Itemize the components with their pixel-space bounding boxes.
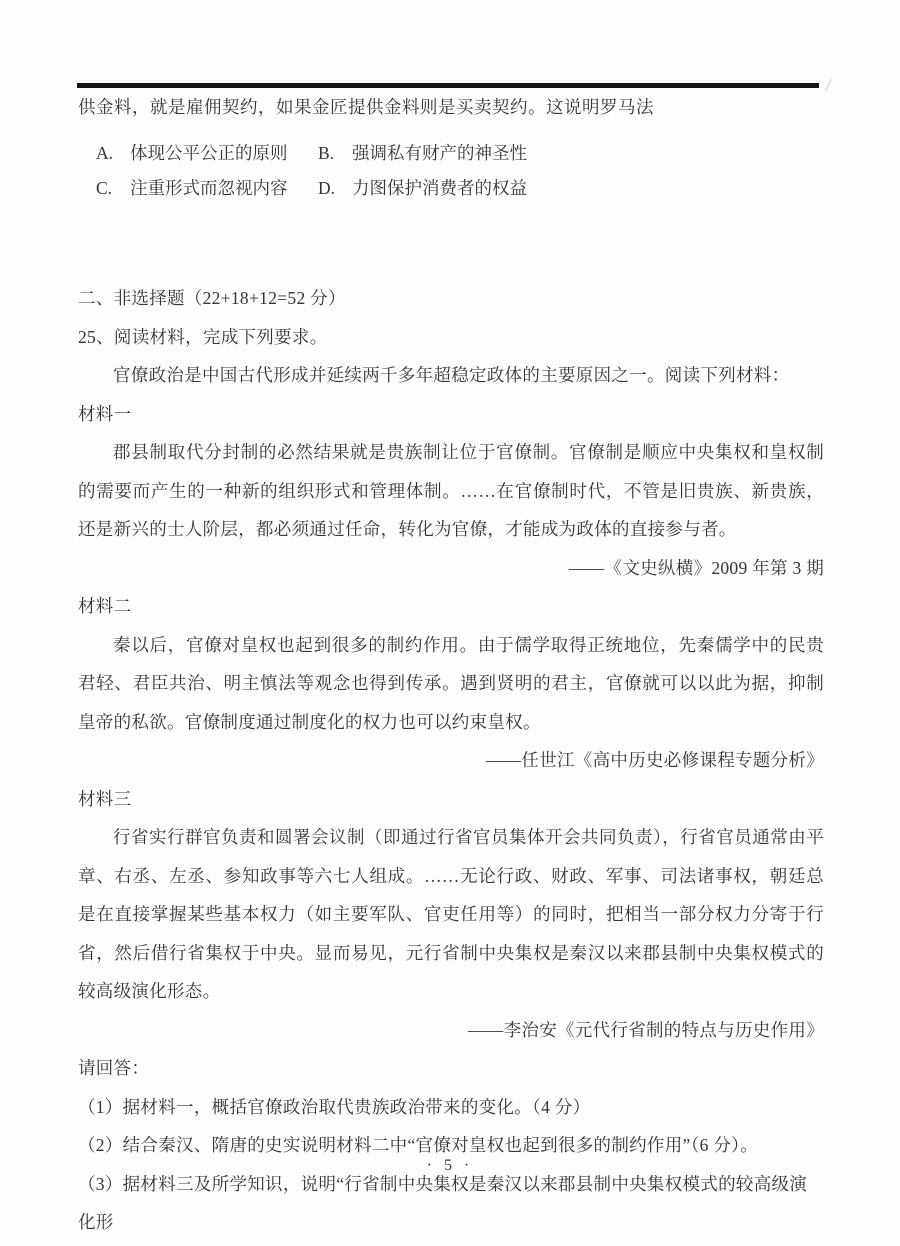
- material-2-source: ——任世江《高中历史必修课程专题分析》: [78, 741, 824, 780]
- exam-page: 供金料，就是雇佣契约，如果金匠提供金料则是买卖契约。这说明罗马法 A. 体现公平…: [0, 0, 900, 1246]
- page-content: 供金料，就是雇佣契约，如果金匠提供金料则是买卖契约。这说明罗马法 A. 体现公平…: [78, 0, 824, 1242]
- option-row-ab: A. 体现公平公正的原则 B. 强调私有财产的神圣性: [78, 142, 824, 164]
- multiple-choice-stem: 供金料，就是雇佣契约，如果金匠提供金料则是买卖契约。这说明罗马法: [78, 96, 824, 118]
- material-2-text: 秦以后，官僚对皇权也起到很多的制约作用。由于儒学取得正统地位，先秦儒学中的民贵君…: [78, 626, 824, 742]
- option-a: A. 体现公平公正的原则: [96, 142, 318, 164]
- material-3-text: 行省实行群官负责和圆署会议制（即通过行省官员集体开会共同负责），行省官员通常由平…: [78, 818, 824, 1011]
- material-1-source: ——《文史纵横》2009 年第 3 期: [78, 549, 824, 588]
- answer-prompt: 请回答：: [78, 1049, 824, 1088]
- section-two-block: 二、非选择题（22+18+12=52 分） 25、阅读材料，完成下列要求。 官僚…: [78, 279, 824, 1242]
- multiple-choice-options: A. 体现公平公正的原则 B. 强调私有财产的神圣性 C. 注重形式而忽视内容 …: [78, 142, 824, 199]
- option-b: B. 强调私有财产的神圣性: [318, 142, 527, 164]
- material-3-source: ——李治安《元代行省制的特点与历史作用》: [78, 1011, 824, 1050]
- question-25-number-line: 25、阅读材料，完成下列要求。: [78, 318, 824, 357]
- option-d-text: 力图保护消费者的权益: [352, 177, 527, 199]
- material-1-title: 材料一: [78, 395, 824, 434]
- section-heading: 二、非选择题（22+18+12=52 分）: [78, 279, 824, 318]
- material-1-text: 郡县制取代分封制的必然结果就是贵族制让位于官僚制。官僚制是顺应中央集权和皇权制的…: [78, 433, 824, 549]
- option-b-text: 强调私有财产的神圣性: [352, 142, 527, 164]
- option-row-cd: C. 注重形式而忽视内容 D. 力图保护消费者的权益: [78, 177, 824, 199]
- page-number: · 5 ·: [0, 1157, 900, 1175]
- option-c-label: C.: [96, 177, 130, 199]
- sub-question-3: （3）据材料三及所学知识，说明“行省制中央集权是秦汉以来郡县制中央集权模式的较高…: [78, 1165, 824, 1242]
- sub-question-1: （1）据材料一，概括官僚政治取代贵族政治带来的变化。（4 分）: [78, 1088, 824, 1127]
- option-a-label: A.: [96, 142, 130, 164]
- option-d: D. 力图保护消费者的权益: [318, 177, 527, 199]
- question-25-lead-in: 官僚政治是中国古代形成并延续两千多年超稳定政体的主要原因之一。阅读下列材料：: [78, 356, 824, 395]
- option-d-label: D.: [318, 177, 352, 199]
- option-a-text: 体现公平公正的原则: [130, 142, 288, 164]
- material-2-title: 材料二: [78, 587, 824, 626]
- option-c-text: 注重形式而忽视内容: [130, 177, 288, 199]
- option-b-label: B.: [318, 142, 352, 164]
- material-3-title: 材料三: [78, 780, 824, 819]
- option-c: C. 注重形式而忽视内容: [96, 177, 318, 199]
